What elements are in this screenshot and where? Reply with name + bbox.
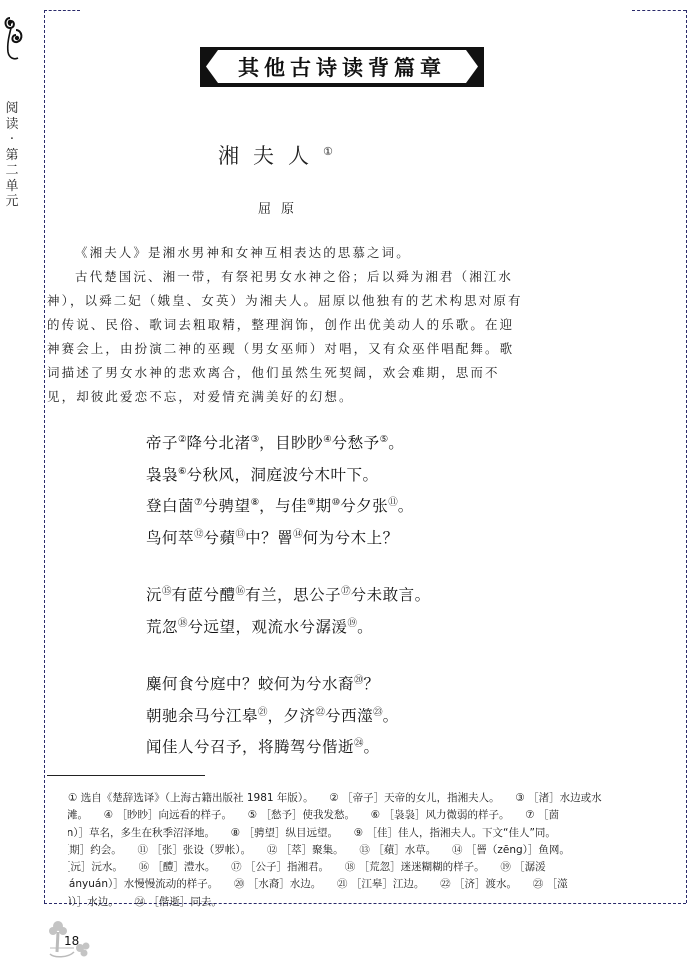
footnote-marker: ⑨ [307, 497, 316, 508]
poem-text: ？ [364, 675, 380, 693]
footnote-marker: ⑰ [341, 586, 351, 597]
poem-line: 麋何食兮庭中？蛟何为兮水裔⑳？ [146, 667, 431, 699]
poem-text: 兮西澨 [325, 707, 373, 725]
footnote-line: （shì）］水边。 ㉔ ［偕逝］同去。 [68, 894, 688, 911]
poem-text: 。 [364, 738, 380, 756]
footnote-line: ⑮ ［沅］沅水。 ⑯ ［醴］澧水。 ⑰ ［公子］指湘君。 ⑱ ［荒忽］迷迷糊糊的… [68, 859, 688, 876]
title-footnote-marker: ① [323, 145, 333, 158]
footnote-marker: ⑩ [332, 497, 341, 508]
poem-line: 鸟何萃⑫兮蘋⑬中？罾⑭何为兮木上？ [146, 521, 431, 553]
intro-paragraph: 《湘夫人》是湘水男神和女神互相表达的思慕之词。 [47, 241, 525, 265]
poem-text: 有兰，思公子 [245, 586, 341, 604]
poem-text: 降兮北渚 [187, 434, 251, 452]
poem-text: 荒忽 [146, 618, 178, 636]
poem-text: 。 [383, 707, 399, 725]
footnote-marker: ⑬ [236, 529, 246, 540]
poem-text: 麋何食兮庭中？蛟何为兮水裔 [146, 675, 354, 693]
footnote-marker: ⑥ [178, 466, 187, 477]
poem-text: 登白䓢 [146, 497, 194, 515]
poem-text: 何为兮木上？ [303, 529, 399, 547]
poem-stanza: 帝子②降兮北渚③，目眇眇④兮愁予⑤。袅袅⑥兮秋风，洞庭波兮木叶下。登白䓢⑦兮骋望… [146, 426, 431, 552]
footnote-marker: ㉒ [316, 707, 326, 718]
footnote-marker: ⑳ [354, 675, 364, 686]
footnote-line: （chányuán）］水慢慢流动的样子。 ⑳ ［水裔］水边。 ㉑ ［江皋］江边。… [68, 876, 688, 893]
page-frame-top-left [44, 10, 80, 11]
page-number: 18 [64, 934, 79, 948]
footnote-marker: ㉑ [258, 707, 268, 718]
footnote-divider [47, 775, 205, 776]
poem-text: 袅袅 [146, 466, 178, 484]
section-banner: 其他古诗读背篇章 [200, 47, 484, 87]
poem-text: 鸟何萃 [146, 529, 194, 547]
section-title: 其他古诗读背篇章 [238, 52, 446, 82]
footnote-marker: ㉔ [354, 738, 364, 749]
footnote-marker: ④ [323, 434, 332, 445]
footnote-marker: ⑲ [348, 618, 358, 629]
poem-text: 帝子 [146, 434, 178, 452]
poem-text: 兮蘋 [204, 529, 236, 547]
poem-text: 朝驰余马兮江皋 [146, 707, 258, 725]
footnote-marker: ② [178, 434, 187, 445]
poem-text: 有茝兮醴 [172, 586, 236, 604]
unit-label: 阅读·第二单元 [4, 101, 20, 210]
poem-stanza: 麋何食兮庭中？蛟何为兮水裔⑳？朝驰余马兮江皋㉑，夕济㉒兮西澨㉓。闻佳人兮召予，将… [146, 667, 431, 762]
poem-line: 荒忽⑱兮远望，观流水兮潺湲⑲。 [146, 610, 431, 642]
poem-text: 中？罾 [245, 529, 293, 547]
footnote-line: ⑩ ［期］约会。 ⑪ ［张］张设（罗帐）。 ⑫ ［萃］聚集。 ⑬ ［蘋］水草。 … [68, 842, 688, 859]
footnote-marker: ⑯ [236, 586, 246, 597]
poem-text: 兮秋风，洞庭波兮木叶下。 [187, 466, 379, 484]
page-frame-right [686, 10, 687, 903]
poem-text: 兮愁予 [332, 434, 380, 452]
page-frame-top-right [632, 10, 686, 11]
poem-text: ，夕济 [268, 707, 316, 725]
footnote-marker: ⑭ [293, 529, 303, 540]
poem-text: 兮骋望 [203, 497, 251, 515]
poem-author: 屈原 [258, 198, 304, 217]
poem-title: 湘夫人① [218, 140, 333, 170]
footnote-marker: ⑮ [162, 586, 172, 597]
poem-text: 期 [316, 497, 332, 515]
footnote-marker: ⑧ [251, 497, 260, 508]
intro-paragraph: 古代楚国沅、湘一带，有祭祀男女水神之俗；后以舜为湘君（湘江水神），以舜二妃（娥皇… [47, 265, 525, 409]
poem-text: 兮远望，观流水兮潺湲 [188, 618, 348, 636]
poem-text: 兮未敢言。 [351, 586, 431, 604]
footnote-line: ① 选自《楚辞选译》（上海古籍出版社 1981 年版）。 ② ［帝子］天帝的女儿… [68, 790, 688, 807]
page-frame-left [44, 10, 45, 903]
footnote-marker: ⑤ [380, 434, 389, 445]
footnote-line: （fán）］草名，多生在秋季沼泽地。 ⑧ ［骋望］纵目远望。 ⑨ ［佳］佳人，指… [68, 825, 688, 842]
footnote-marker: ⑦ [194, 497, 203, 508]
scroll-ornament-icon [2, 14, 28, 64]
poem-text: 兮夕张 [340, 497, 388, 515]
footnote-marker: ⑱ [178, 618, 188, 629]
poem-introduction: 《湘夫人》是湘水男神和女神互相表达的思慕之词。 古代楚国沅、湘一带，有祭祀男女水… [47, 241, 525, 409]
poem-body: 帝子②降兮北渚③，目眇眇④兮愁予⑤。袅袅⑥兮秋风，洞庭波兮木叶下。登白䓢⑦兮骋望… [146, 426, 431, 788]
poem-line: 闻佳人兮召予，将腾驾兮偕逝㉔。 [146, 730, 431, 762]
poem-stanza: 沅⑮有茝兮醴⑯有兰，思公子⑰兮未敢言。荒忽⑱兮远望，观流水兮潺湲⑲。 [146, 578, 431, 641]
footnote-marker: ③ [251, 434, 260, 445]
footnotes: ① 选自《楚辞选译》（上海古籍出版社 1981 年版）。 ② ［帝子］天帝的女儿… [68, 790, 688, 911]
footnote-marker: ⑪ [388, 497, 398, 508]
poem-text: 。 [357, 618, 373, 636]
poem-title-text: 湘夫人 [218, 144, 323, 168]
poem-line: 袅袅⑥兮秋风，洞庭波兮木叶下。 [146, 458, 431, 490]
poem-text: ，与佳 [259, 497, 307, 515]
footnote-line: 中浅滩。 ④ ［眇眇］向远看的样子。 ⑤ ［愁予］使我发愁。 ⑥ ［袅袅］风力微… [68, 807, 688, 824]
poem-text: 闻佳人兮召予，将腾驾兮偕逝 [146, 738, 354, 756]
poem-line: 登白䓢⑦兮骋望⑧，与佳⑨期⑩兮夕张⑪。 [146, 489, 431, 521]
poem-text: ，目眇眇 [259, 434, 323, 452]
footnote-marker: ⑫ [194, 529, 204, 540]
poem-text: 。 [398, 497, 414, 515]
poem-text: 沅 [146, 586, 162, 604]
footnote-marker: ㉓ [373, 707, 383, 718]
poem-line: 朝驰余马兮江皋㉑，夕济㉒兮西澨㉓。 [146, 699, 431, 731]
poem-line: 帝子②降兮北渚③，目眇眇④兮愁予⑤。 [146, 426, 431, 458]
poem-line: 沅⑮有茝兮醴⑯有兰，思公子⑰兮未敢言。 [146, 578, 431, 610]
poem-text: 。 [388, 434, 404, 452]
